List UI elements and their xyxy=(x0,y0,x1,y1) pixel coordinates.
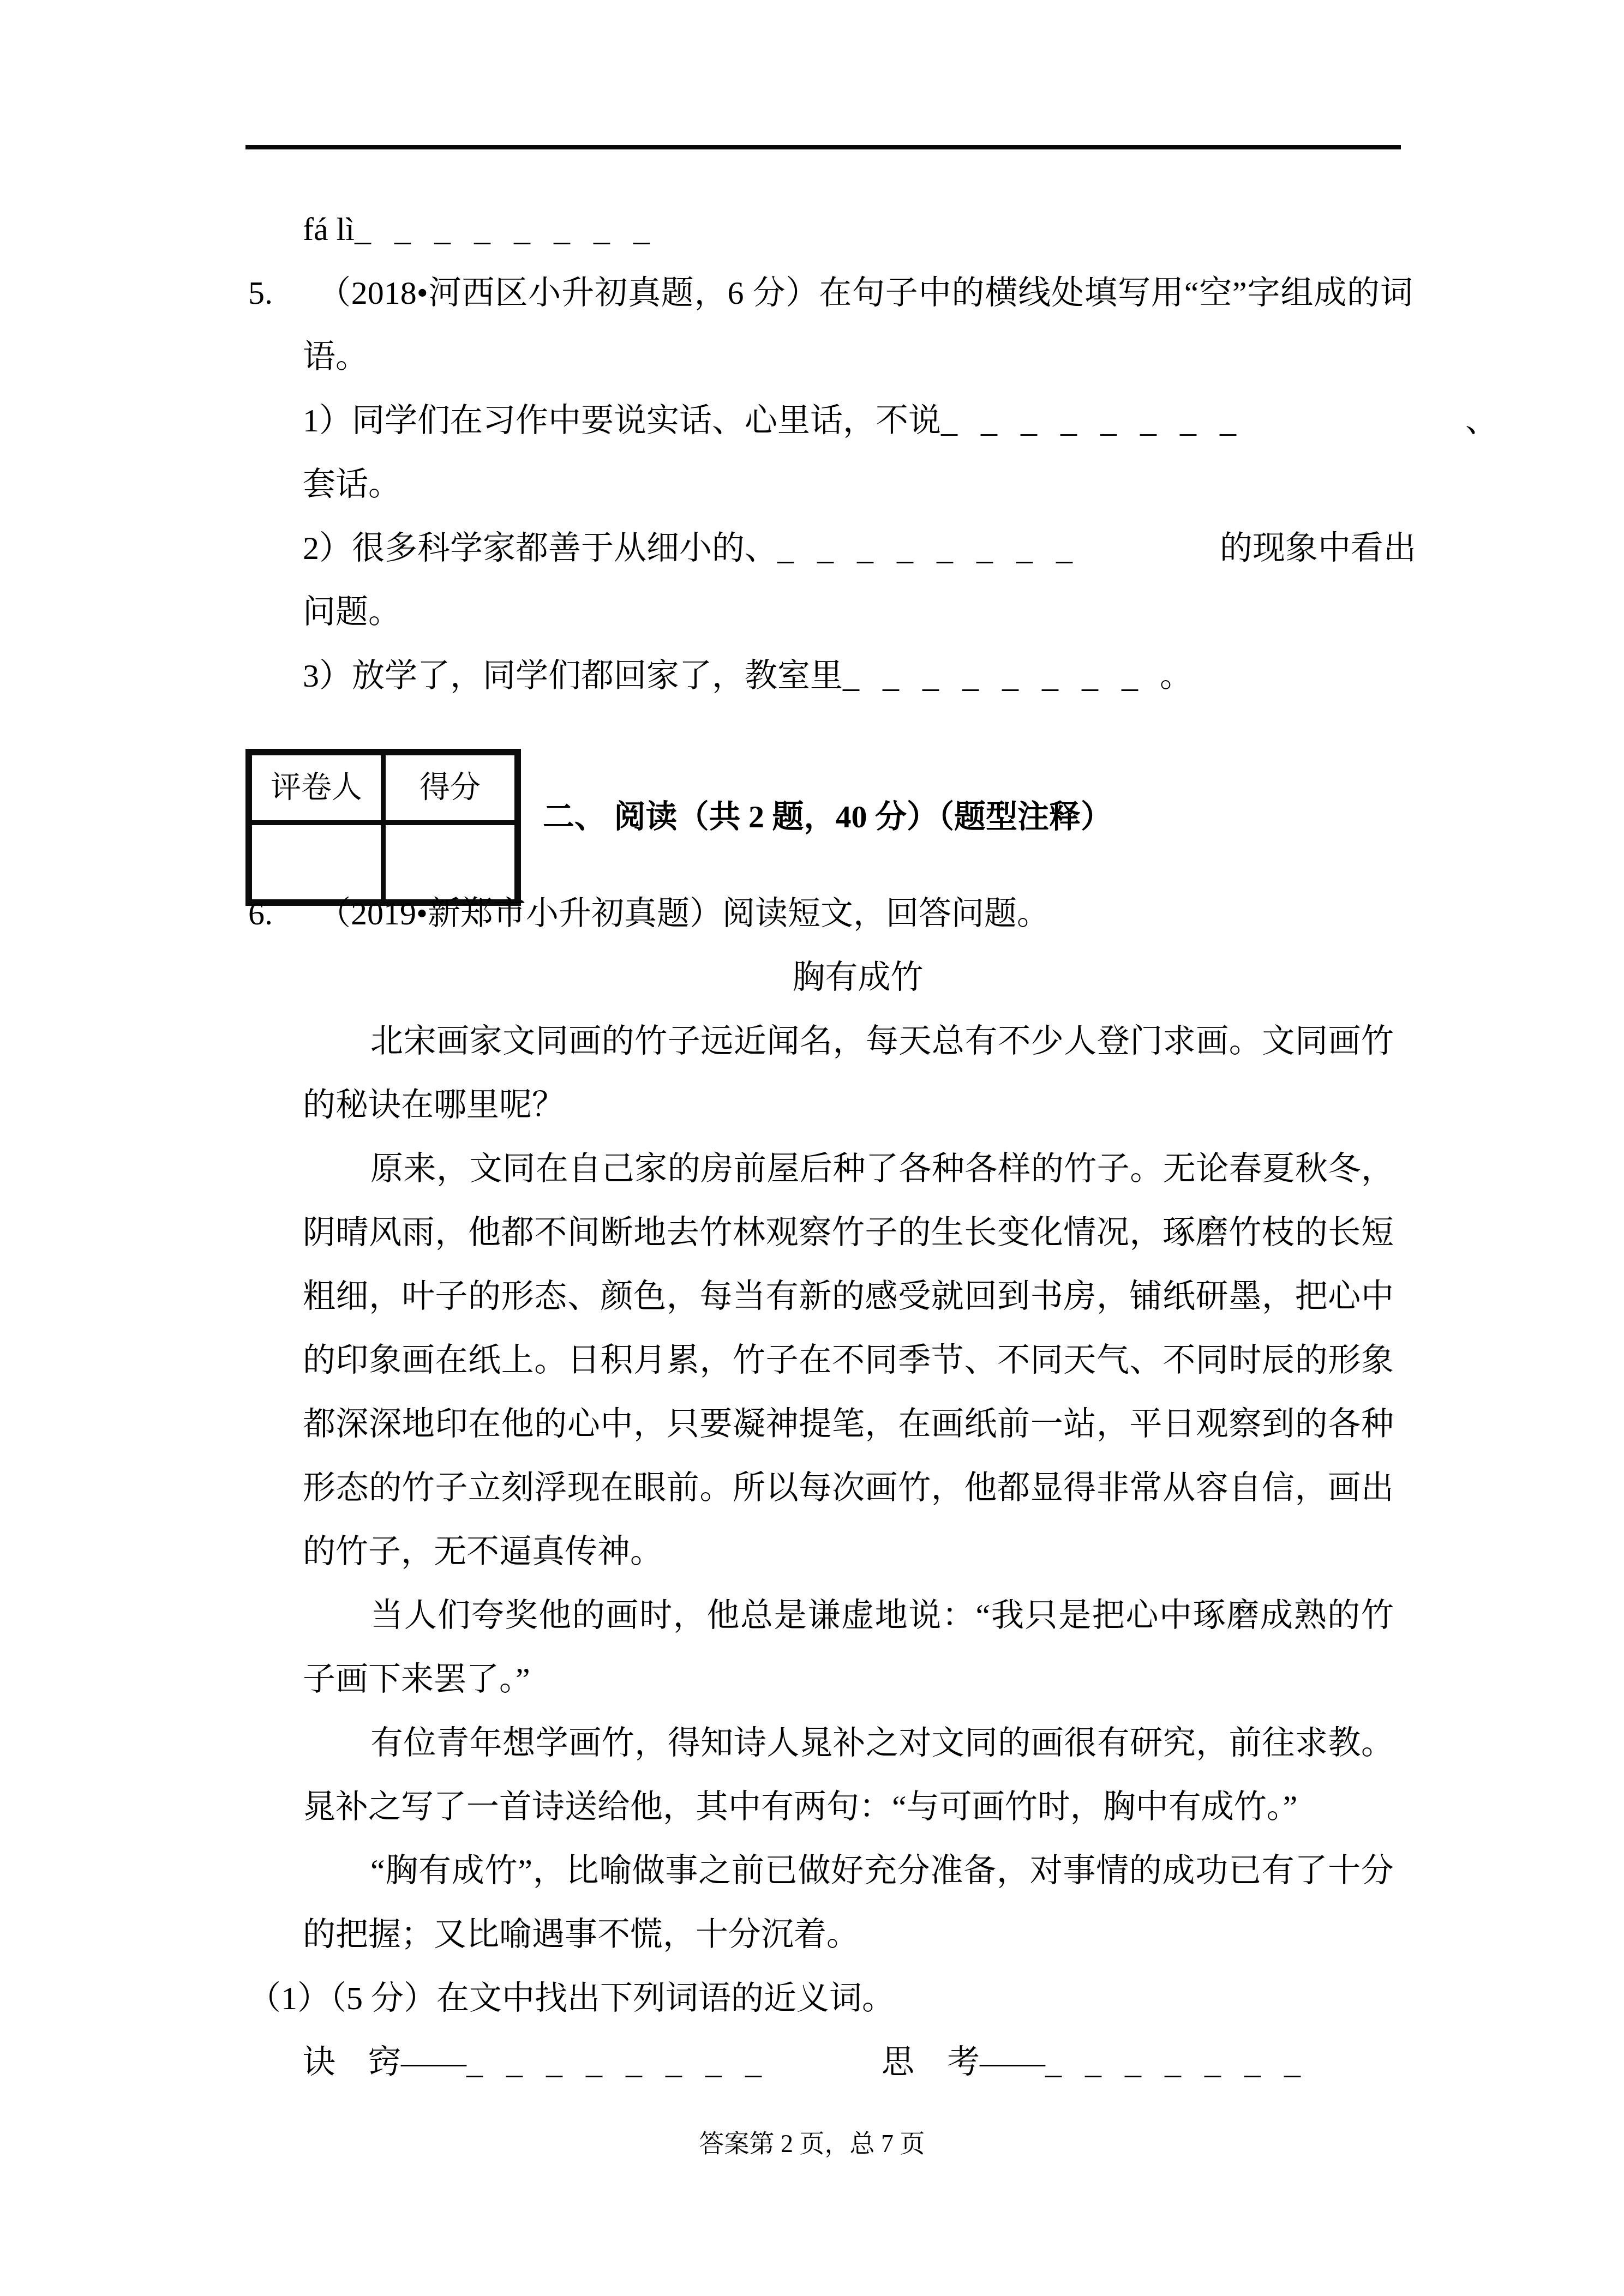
question-5-stem: （2018•河西区小升初真题，6 分）在句子中的横线处填写用“空”字组成的词语。 xyxy=(303,275,1413,375)
synonym-fill-line: 诀 窍——_ _ _ _ _ _ _ _思 考——_ _ _ _ _ _ _ xyxy=(248,2030,1413,2094)
passage-title: 胸有成竹 xyxy=(248,946,1413,1009)
question-6-sub-1: （1）（5 分）在文中找出下列词语的近义词。 xyxy=(248,1967,1413,2030)
item-2-text: 2）很多科学家都善于从细小的、 xyxy=(303,530,777,566)
passage-paragraph-5: “胸有成竹”，比喻做事之前已做好充分准备，对事情的成功已有了十分的把握；又比喻遇… xyxy=(248,1839,1394,1967)
item-1-tail: 、 xyxy=(1465,402,1498,438)
section-2-heading: 二、 阅读（共 2 题，40 分）（题型注释） xyxy=(543,785,1112,849)
pinyin-blank-line: fá lì_ _ _ _ _ _ _ _ xyxy=(248,197,1413,261)
item-3-text: 3）放学了，同学们都回家了，教室里 xyxy=(303,658,843,694)
section-2-header-block: 评卷人 得分 二、 阅读（共 2 题，40 分）（题型注释） xyxy=(248,749,1413,882)
question-5-item-2: 2）很多科学家都善于从细小的、_ _ _ _ _ _ _ _的现象中看出 xyxy=(248,516,1413,580)
page-content: fá lì_ _ _ _ _ _ _ _ 5.（2018•河西区小升初真题，6 … xyxy=(248,180,1413,2094)
passage-paragraph-2: 原来，文同在自己家的房前屋后种了各种各样的竹子。无论春夏秋冬，阴晴风雨，他都不间… xyxy=(248,1137,1394,1584)
page-footer: 答案第 2 页，总 7 页 xyxy=(0,2130,1624,2158)
question-5-item-1: 1）同学们在习作中要说实话、心里话，不说_ _ _ _ _ _ _ _、 xyxy=(248,389,1413,453)
answer-blank: _ _ _ _ _ _ _ _ xyxy=(355,211,650,247)
score-table-header-score: 得分 xyxy=(383,752,518,823)
score-table-header-grader: 评卷人 xyxy=(249,752,383,823)
question-5-number: 5. xyxy=(248,261,273,325)
question-6: 6.（2019•新郑市小升初真题）阅读短文，回答问题。 xyxy=(248,882,1413,946)
item-2-blank: _ _ _ _ _ _ _ _ xyxy=(777,530,1072,566)
item-3-blank: _ _ _ _ _ _ _ _ xyxy=(843,658,1138,694)
question-5: 5.（2018•河西区小升初真题，6 分）在句子中的横线处填写用“空”字组成的词… xyxy=(248,261,1413,389)
synonym-word-2: 思 考—— xyxy=(882,2044,1045,2080)
pinyin-label: fá lì xyxy=(303,211,355,247)
item-1-text: 1）同学们在习作中要说实话、心里话，不说 xyxy=(303,402,941,438)
exam-answer-page: fá lì_ _ _ _ _ _ _ _ 5.（2018•河西区小升初真题，6 … xyxy=(0,0,1624,2296)
question-5-item-1-continuation: 套话。 xyxy=(248,453,1413,516)
header-rule xyxy=(245,145,1401,149)
question-6-stem: （2019•新郑市小升初真题）阅读短文，回答问题。 xyxy=(318,895,1050,931)
passage-paragraph-1: 北宋画家文同画的竹子远近闻名，每天总有不少人登门求画。文同画竹的秘诀在哪里呢？ xyxy=(248,1009,1394,1137)
synonym-blank-1: _ _ _ _ _ _ _ _ xyxy=(466,2044,762,2080)
passage-paragraph-3: 当人们夸奖他的画时，他总是谦虚地说：“我只是把心中琢磨成熟的竹子画下来罢了。” xyxy=(248,1584,1394,1711)
passage-paragraph-4: 有位青年想学画竹，得知诗人晁补之对文同的画很有研究，前往求教。晁补之写了一首诗送… xyxy=(248,1711,1394,1839)
item-2-tail: 的现象中看出 xyxy=(1220,530,1416,566)
question-5-item-3: 3）放学了，同学们都回家了，教室里_ _ _ _ _ _ _ _。 xyxy=(248,644,1413,708)
score-table-header-row: 评卷人 得分 xyxy=(249,752,518,823)
item-3-tail: 。 xyxy=(1160,658,1192,694)
synonym-blank-2: _ _ _ _ _ _ _ xyxy=(1045,2044,1301,2080)
question-6-number: 6. xyxy=(248,882,273,946)
question-5-item-2-continuation: 问题。 xyxy=(248,580,1413,644)
synonym-word-1: 诀 窍—— xyxy=(303,2044,466,2080)
item-1-blank: _ _ _ _ _ _ _ _ xyxy=(941,402,1236,438)
